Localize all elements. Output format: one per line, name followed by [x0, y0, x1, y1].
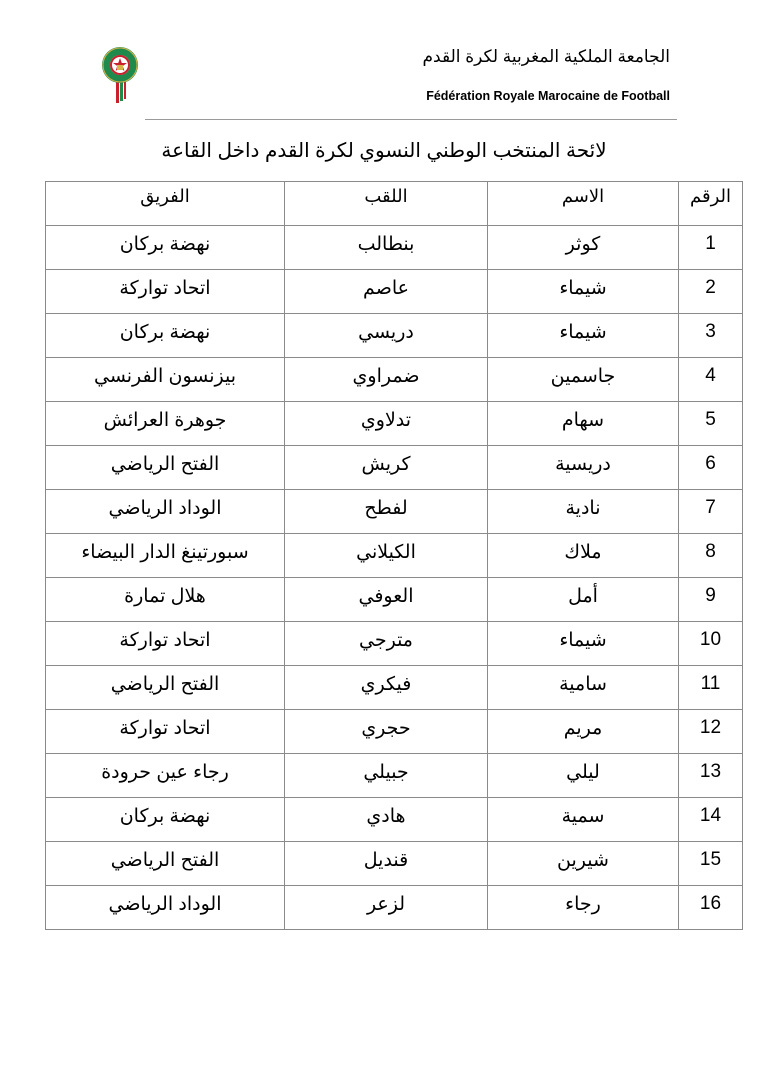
- player-team: نهضة بركان: [46, 314, 285, 358]
- table-row: 13ليليجبيليرجاء عين حرودة: [46, 754, 743, 798]
- player-number: 16: [679, 886, 743, 930]
- table-row: 4جاسمينضمراويبيزنسون الفرنسي: [46, 358, 743, 402]
- column-header-last-name: اللقب: [285, 182, 488, 226]
- player-last-name: لفطح: [285, 490, 488, 534]
- player-last-name: العوفي: [285, 578, 488, 622]
- player-last-name: تدلاوي: [285, 402, 488, 446]
- player-team: هلال تمارة: [46, 578, 285, 622]
- player-team: اتحاد تواركة: [46, 710, 285, 754]
- player-first-name: دريسية: [488, 446, 679, 490]
- table-row: 8ملاكالكيلانيسبورتينغ الدار البيضاء: [46, 534, 743, 578]
- table-row: 16رجاءلزعرالوداد الرياضي: [46, 886, 743, 930]
- player-team: سبورتينغ الدار البيضاء: [46, 534, 285, 578]
- player-team: نهضة بركان: [46, 798, 285, 842]
- player-number: 3: [679, 314, 743, 358]
- player-first-name: شيرين: [488, 842, 679, 886]
- player-number: 14: [679, 798, 743, 842]
- player-first-name: شيماء: [488, 270, 679, 314]
- player-number: 4: [679, 358, 743, 402]
- table-row: 5سهامتدلاويجوهرة العرائش: [46, 402, 743, 446]
- player-team: الفتح الرياضي: [46, 446, 285, 490]
- table-row: 11ساميةفيكريالفتح الرياضي: [46, 666, 743, 710]
- column-header-first-name: الاسم: [488, 182, 679, 226]
- table-row: 6دريسيةكريشالفتح الرياضي: [46, 446, 743, 490]
- table-row: 3شيماءدريسينهضة بركان: [46, 314, 743, 358]
- player-first-name: نادية: [488, 490, 679, 534]
- player-first-name: سامية: [488, 666, 679, 710]
- table-row: 15شيرينقنديلالفتح الرياضي: [46, 842, 743, 886]
- table-row: 10شيماءمترجياتحاد تواركة: [46, 622, 743, 666]
- player-first-name: ملاك: [488, 534, 679, 578]
- player-last-name: عاصم: [285, 270, 488, 314]
- table-row: 2شيماءعاصماتحاد تواركة: [46, 270, 743, 314]
- player-last-name: هادي: [285, 798, 488, 842]
- player-team: بيزنسون الفرنسي: [46, 358, 285, 402]
- player-number: 1: [679, 226, 743, 270]
- player-number: 12: [679, 710, 743, 754]
- player-last-name: الكيلاني: [285, 534, 488, 578]
- player-number: 9: [679, 578, 743, 622]
- player-first-name: رجاء: [488, 886, 679, 930]
- frmf-crest-icon: [99, 45, 141, 105]
- player-team: الفتح الرياضي: [46, 666, 285, 710]
- table-row: 9أملالعوفيهلال تمارة: [46, 578, 743, 622]
- table-row: 14سميةهادينهضة بركان: [46, 798, 743, 842]
- player-number: 15: [679, 842, 743, 886]
- player-number: 7: [679, 490, 743, 534]
- player-team: اتحاد تواركة: [46, 622, 285, 666]
- player-first-name: كوثر: [488, 226, 679, 270]
- player-first-name: مريم: [488, 710, 679, 754]
- player-number: 2: [679, 270, 743, 314]
- player-first-name: سهام: [488, 402, 679, 446]
- player-last-name: بنطالب: [285, 226, 488, 270]
- player-team: جوهرة العرائش: [46, 402, 285, 446]
- player-first-name: شيماء: [488, 622, 679, 666]
- player-first-name: شيماء: [488, 314, 679, 358]
- table-row: 7ناديةلفطحالوداد الرياضي: [46, 490, 743, 534]
- player-number: 11: [679, 666, 743, 710]
- player-number: 13: [679, 754, 743, 798]
- player-last-name: مترجي: [285, 622, 488, 666]
- table-row: 1كوثربنطالبنهضة بركان: [46, 226, 743, 270]
- player-first-name: جاسمين: [488, 358, 679, 402]
- org-name-french: Fédération Royale Marocaine de Football: [426, 89, 670, 103]
- player-last-name: فيكري: [285, 666, 488, 710]
- player-team: نهضة بركان: [46, 226, 285, 270]
- player-last-name: قنديل: [285, 842, 488, 886]
- player-last-name: دريسي: [285, 314, 488, 358]
- column-header-team: الفريق: [46, 182, 285, 226]
- player-number: 6: [679, 446, 743, 490]
- org-name-arabic: الجامعة الملكية المغربية لكرة القدم: [423, 47, 670, 67]
- table-row: 12مريمحجرياتحاد تواركة: [46, 710, 743, 754]
- player-last-name: ضمراوي: [285, 358, 488, 402]
- player-team: اتحاد تواركة: [46, 270, 285, 314]
- player-number: 5: [679, 402, 743, 446]
- player-first-name: سمية: [488, 798, 679, 842]
- player-first-name: ليلي: [488, 754, 679, 798]
- header-divider: [145, 119, 677, 120]
- player-number: 8: [679, 534, 743, 578]
- column-header-number: الرقم: [679, 182, 743, 226]
- player-team: الفتح الرياضي: [46, 842, 285, 886]
- player-number: 10: [679, 622, 743, 666]
- roster-table: الرقم الاسم اللقب الفريق 1كوثربنطالبنهضة…: [45, 181, 743, 930]
- player-first-name: أمل: [488, 578, 679, 622]
- player-last-name: لزعر: [285, 886, 488, 930]
- player-last-name: كريش: [285, 446, 488, 490]
- player-last-name: حجري: [285, 710, 488, 754]
- player-last-name: جبيلي: [285, 754, 488, 798]
- page-title: لائحة المنتخب الوطني النسوي لكرة القدم د…: [0, 138, 768, 163]
- player-team: الوداد الرياضي: [46, 490, 285, 534]
- player-team: الوداد الرياضي: [46, 886, 285, 930]
- player-team: رجاء عين حرودة: [46, 754, 285, 798]
- table-header-row: الرقم الاسم اللقب الفريق: [46, 182, 743, 226]
